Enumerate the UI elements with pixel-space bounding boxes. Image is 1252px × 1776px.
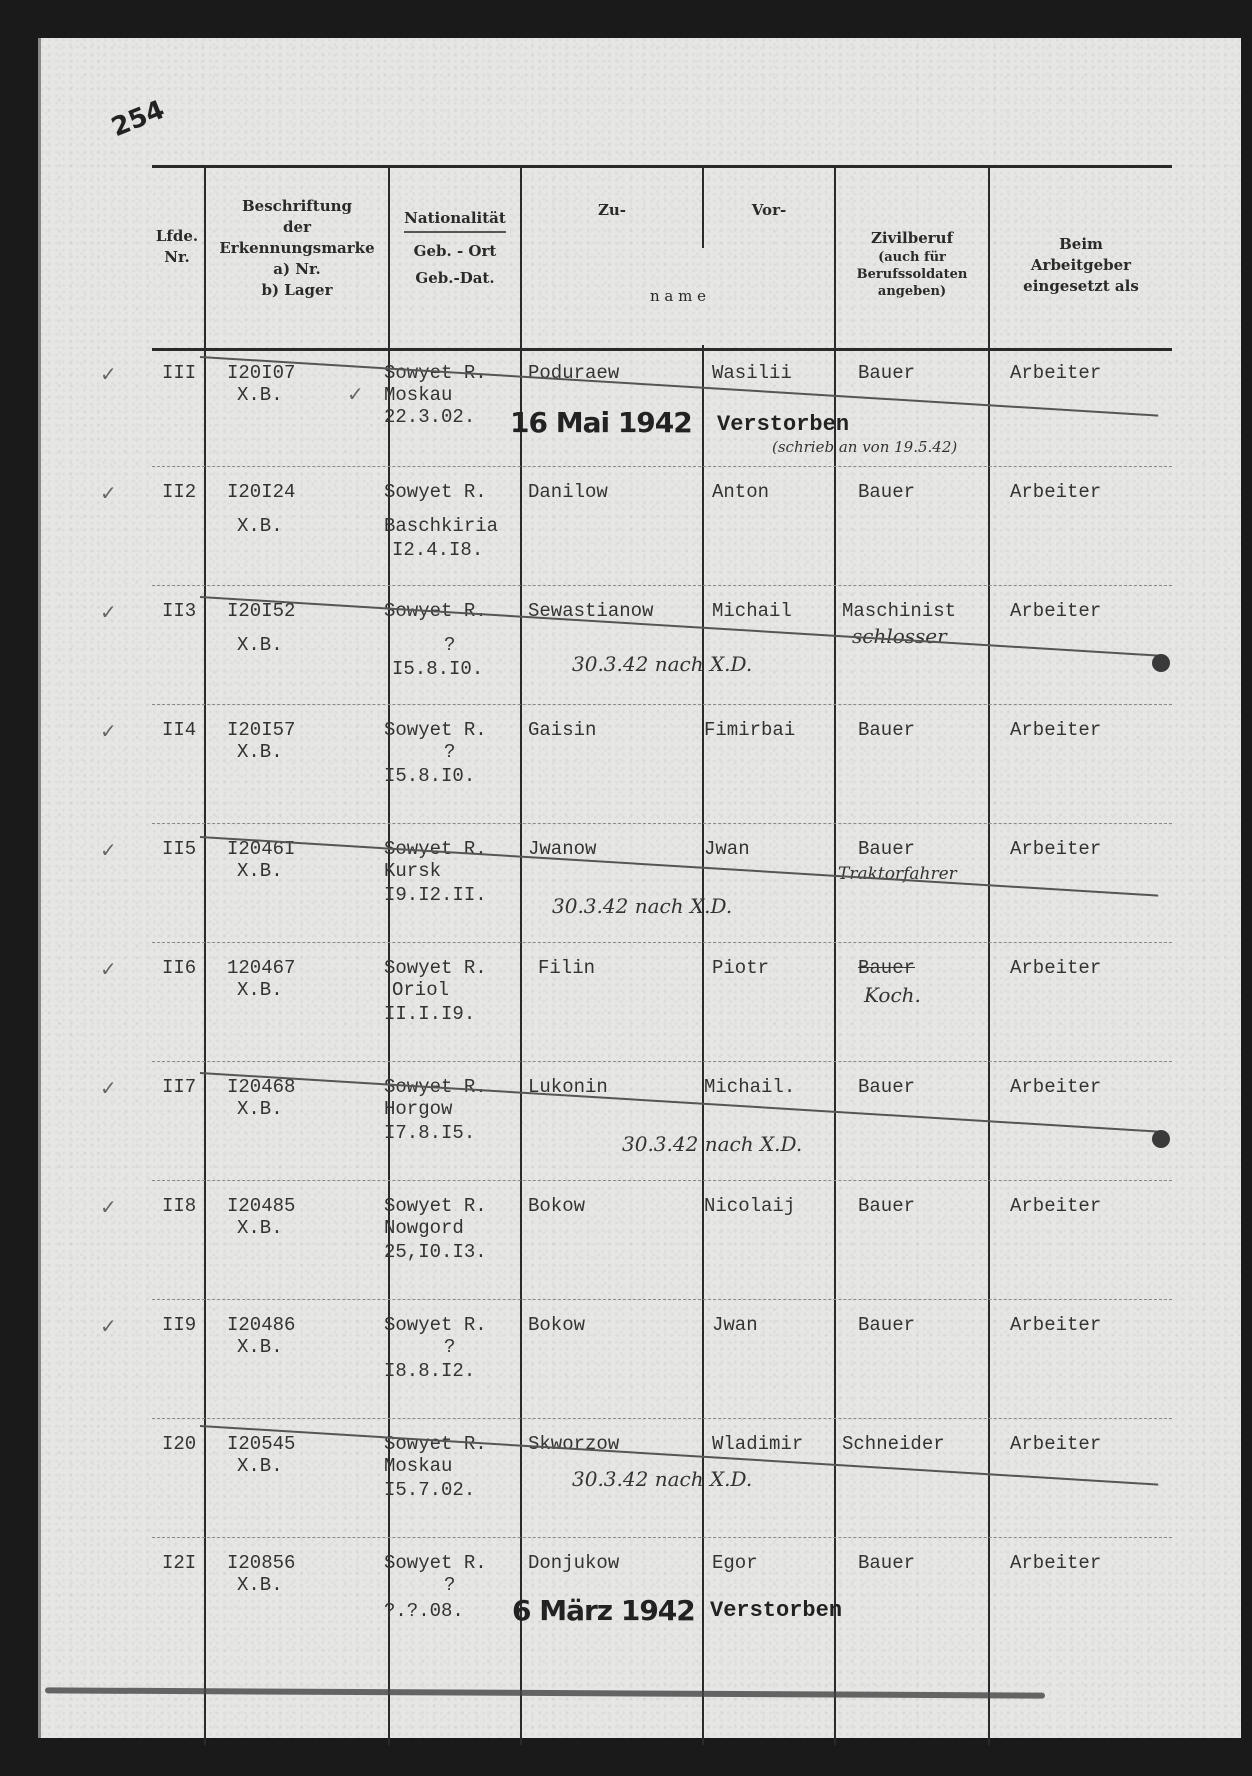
deceased-stamp: Verstorben (717, 412, 849, 437)
table-row: ✓ III I20I07 X.B. ✓ Sowyet R. Moskau 22.… (152, 348, 1172, 467)
header-text: Erkennungsmarke (206, 238, 388, 259)
marke-number: I20I07 (227, 362, 295, 384)
row-number: II4 (162, 719, 196, 741)
birth-date: I5.8.I0. (384, 765, 475, 787)
first-name: Fimirbai (704, 719, 795, 741)
first-name: Anton (712, 481, 769, 503)
table-header: Lfde. Nr. Beschriftung der Erkennungsmar… (152, 165, 1172, 351)
punch-hole-mark (1152, 654, 1170, 672)
occupation: Bauer (858, 1314, 915, 1336)
nationality: Sowyet R. (384, 1195, 487, 1217)
surname: Bokow (528, 1195, 585, 1217)
employed-as: Arbeiter (1010, 362, 1101, 384)
marke-number: I20485 (227, 1195, 295, 1217)
handwritten-note: 30.3.42 nach X.D. (622, 1132, 802, 1156)
checkmark-icon: ✓ (100, 481, 117, 505)
table-row: ✓ II2 I20I24 X.B. Sowyet R. Baschkiria I… (152, 467, 1172, 586)
deceased-stamp: Verstorben (710, 1598, 842, 1623)
header-lfd-nr: Lfde. Nr. (152, 168, 202, 348)
date-stamp: 16 Mai 1942 (510, 406, 692, 439)
occupation: Bauer (858, 957, 915, 979)
checkmark-icon: ✓ (100, 957, 117, 981)
birth-date: I2.4.I8. (392, 539, 483, 561)
header-nationalitaet: Nationalität Geb. - Ort Geb.-Dat. (390, 168, 520, 348)
table-row: ✓ II4 I20I57 X.B. Sowyet R. ? I5.8.I0. G… (152, 705, 1172, 824)
header-text: Lfde. (152, 226, 202, 247)
birth-place: Moskau (384, 384, 452, 406)
table-row: ✓ II9 I20486 X.B. Sowyet R. ? I8.8.I2. B… (152, 1300, 1172, 1419)
checkmark-icon: ✓ (100, 719, 117, 743)
birth-date: 22.3.02. (384, 406, 475, 428)
lager: X.B. (237, 1336, 283, 1358)
table-row: ✓ II3 I20I52 X.B. Sowyet R. ? I5.8.I0. S… (152, 586, 1172, 705)
header-zivilberuf: Zivilberuf (auch für Berufssoldaten ange… (836, 168, 988, 348)
nationality: Sowyet R. (384, 719, 487, 741)
marke-number: I20I57 (227, 719, 295, 741)
lager: X.B. (237, 1217, 283, 1239)
header-name: n a m e (522, 168, 834, 348)
nationality: Sowyet R. (384, 481, 487, 503)
header-text: der (206, 217, 388, 238)
marke-number: I20856 (227, 1552, 295, 1574)
first-name: Jwan (704, 838, 750, 860)
surname: Bokow (528, 1314, 585, 1336)
occupation: Bauer (858, 1552, 915, 1574)
header-text: Geb.-Dat. (390, 268, 520, 289)
header-text: n a m e (522, 286, 834, 307)
header-text: Beim (990, 234, 1172, 255)
header-text: Nationalität (404, 208, 506, 233)
lager: X.B. (237, 634, 283, 656)
employed-as: Arbeiter (1010, 1314, 1101, 1336)
header-text: Beschriftung (206, 196, 388, 217)
lager: X.B. (237, 979, 283, 1001)
table-row: ✓ II8 I20485 X.B. Sowyet R. Nowgord 25,I… (152, 1181, 1172, 1300)
birth-place: Horgow (384, 1098, 452, 1120)
row-number: II9 (162, 1314, 196, 1336)
birth-date: I5.8.I0. (392, 658, 483, 680)
marke-number: I20I24 (227, 481, 295, 503)
marke-number: I20468 (227, 1076, 295, 1098)
occupation: Bauer (858, 838, 915, 860)
occupation: Bauer (858, 1076, 915, 1098)
row-number: II7 (162, 1076, 196, 1098)
birth-place: ? (444, 634, 455, 656)
date-stamp: 6 März 1942 (512, 1594, 695, 1627)
first-name: Piotr (712, 957, 769, 979)
handwritten-note: 30.3.42 nach X.D. (572, 652, 752, 676)
checkmark-icon: ✓ (100, 1195, 117, 1219)
birth-place: ? (444, 1574, 455, 1596)
occupation: Bauer (858, 1195, 915, 1217)
row-number: II6 (162, 957, 196, 979)
row-number: I2I (162, 1552, 196, 1574)
occupation: Maschinist (842, 600, 956, 622)
nationality: Sowyet R. (384, 1552, 487, 1574)
row-number: II5 (162, 838, 196, 860)
employed-as: Arbeiter (1010, 957, 1101, 979)
checkmark-icon: ✓ (100, 1076, 117, 1100)
occupation: Bauer (858, 362, 915, 384)
checkmark-icon: ✓ (100, 838, 117, 862)
birth-place: Oriol (392, 979, 449, 1001)
employed-as: Arbeiter (1010, 719, 1101, 741)
header-text: Berufssoldaten (836, 266, 988, 283)
surname: Donjukow (528, 1552, 619, 1574)
checkmark-icon: ✓ (100, 600, 117, 624)
row-number: III (162, 362, 196, 384)
checkmark-icon: ✓ (100, 362, 117, 386)
lager: X.B. (237, 1574, 283, 1596)
employed-as: Arbeiter (1010, 600, 1101, 622)
header-text: Geb. - Ort (390, 241, 520, 262)
row-number: II3 (162, 600, 196, 622)
employed-as: Arbeiter (1010, 481, 1101, 503)
lager: X.B. (237, 384, 283, 406)
first-name: Nicolaij (704, 1195, 795, 1217)
table-row: ✓ II5 I2046I X.B. Sowyet R. Kursk I9.I2.… (152, 824, 1172, 943)
checkmark-icon: ✓ (100, 1314, 117, 1338)
birth-date: I5.7.02. (384, 1479, 475, 1501)
birth-place: Kursk (384, 860, 441, 882)
birth-date: ?.?.08. (384, 1600, 464, 1622)
employed-as: Arbeiter (1010, 1433, 1101, 1455)
birth-date: 25,I0.I3. (384, 1241, 487, 1263)
header-arbeitgeber: Beim Arbeitgeber eingesetzt als (990, 168, 1172, 348)
first-name: Michail (712, 600, 792, 622)
birth-date: I8.8.I2. (384, 1360, 475, 1382)
lager: X.B. (237, 1098, 283, 1120)
page-number: 254 (107, 95, 169, 143)
marke-number: I20545 (227, 1433, 295, 1455)
header-text: Zivilberuf (836, 228, 988, 249)
marke-number: I20486 (227, 1314, 295, 1336)
birth-place: Nowgord (384, 1217, 464, 1239)
handwritten-note: 30.3.42 nach X.D. (552, 894, 732, 918)
first-name: Wasilii (712, 362, 792, 384)
first-name: Jwan (712, 1314, 758, 1336)
punch-hole-mark (1152, 1130, 1170, 1148)
header-text: eingesetzt als (990, 276, 1172, 297)
birth-place: ? (444, 741, 455, 763)
occupation: Schneider (842, 1433, 945, 1455)
birth-place: Baschkiria (384, 515, 498, 537)
surname: Filin (538, 957, 595, 979)
header-text: Arbeitgeber (990, 255, 1172, 276)
table-row: ✓ II6 120467 X.B. Sowyet R. Oriol II.I.I… (152, 943, 1172, 1062)
lager: X.B. (237, 1455, 283, 1477)
header-text: angeben) (836, 283, 988, 300)
surname: Danilow (528, 481, 608, 503)
first-name: Michail. (704, 1076, 795, 1098)
header-text: a) Nr. (206, 259, 388, 280)
marke-number: 120467 (227, 957, 295, 979)
first-name: Egor (712, 1552, 758, 1574)
nationality: Sowyet R. (384, 1314, 487, 1336)
surname: Gaisin (528, 719, 596, 741)
birth-place: ? (444, 1336, 455, 1358)
row-number: I20 (162, 1433, 196, 1455)
row-number: II8 (162, 1195, 196, 1217)
header-erkennungsmarke: Beschriftung der Erkennungsmarke a) Nr. … (206, 168, 388, 348)
handwritten-occupation: Koch. (864, 983, 921, 1007)
row-number: II2 (162, 481, 196, 503)
nationality: Sowyet R. (384, 957, 487, 979)
header-text: Nr. (152, 247, 202, 268)
birth-date: I7.8.I5. (384, 1122, 475, 1144)
employed-as: Arbeiter (1010, 838, 1101, 860)
table-row: I20 I20545 X.B. Sowyet R. Moskau I5.7.02… (152, 1419, 1172, 1538)
occupation: Bauer (858, 719, 915, 741)
table-row: ✓ II7 I20468 X.B. Sowyet R. Horgow I7.8.… (152, 1062, 1172, 1181)
employed-as: Arbeiter (1010, 1076, 1101, 1098)
handwritten-note: (schrieb an von 19.5.42) (772, 438, 957, 456)
lager: X.B. (237, 515, 283, 537)
checkmark-icon: ✓ (347, 382, 364, 406)
header-text: (auch für (836, 249, 988, 266)
occupation: Bauer (858, 481, 915, 503)
marke-number: I20I52 (227, 600, 295, 622)
employed-as: Arbeiter (1010, 1552, 1101, 1574)
birth-date: II.I.I9. (384, 1003, 475, 1025)
first-name: Wladimir (712, 1433, 803, 1455)
lager: X.B. (237, 860, 283, 882)
header-text: b) Lager (206, 280, 388, 301)
handwritten-note: 30.3.42 nach X.D. (572, 1467, 752, 1491)
table-row: I2I I20856 X.B. Sowyet R. ? ?.?.08. Donj… (152, 1538, 1172, 1656)
employed-as: Arbeiter (1010, 1195, 1101, 1217)
birth-place: Moskau (384, 1455, 452, 1477)
birth-date: I9.I2.II. (384, 884, 487, 906)
lager: X.B. (237, 741, 283, 763)
